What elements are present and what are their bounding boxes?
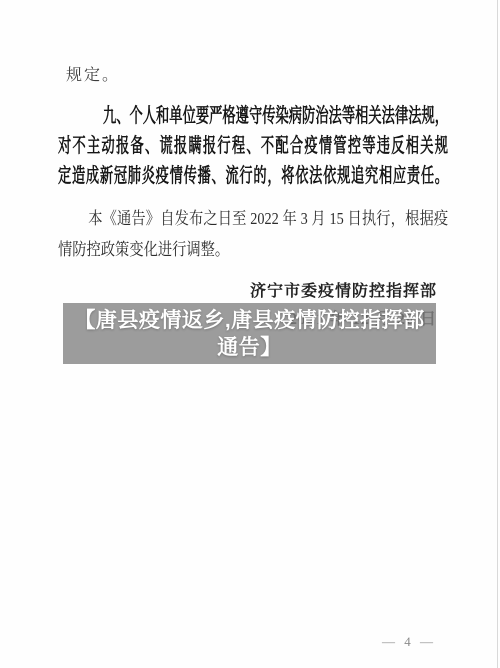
text-line: 本《通告》自发布之日至 2022 年 3 月 15 日执行，根据疫 [58, 203, 448, 234]
document-body: 规定。 九、个人和单位要严格遵守传染病防治法等相关法律法规， 对不主动报备、谎报… [58, 0, 448, 331]
text-line: 对不主动报备、谎报瞒报行程、不配合疫情管控等违反相关规 [58, 131, 448, 161]
text-line: 定造成新冠肺炎疫情传播、流行的，将依法依规追究相应责任。 [58, 161, 448, 191]
caption-text-line: 通告】 [217, 334, 282, 361]
caption-banner: 【唐县疫情返乡,唐县疫情防控指挥部 通告】 [63, 303, 436, 364]
text-line: 九、个人和单位要严格遵守传染病防治法等相关法律法规， [58, 101, 448, 131]
page-edge-line [497, 0, 498, 668]
document-page: 规定。 九、个人和单位要严格遵守传染病防治法等相关法律法规， 对不主动报备、谎报… [0, 0, 500, 668]
text-line: 情防控政策变化进行调整。 [58, 234, 448, 265]
body-paragraph: 本《通告》自发布之日至 2022 年 3 月 15 日执行，根据疫 情防控政策变… [58, 203, 448, 265]
caption-text-line: 【唐县疫情返乡,唐县疫情防控指挥部 [74, 307, 424, 334]
body-paragraph-bold: 九、个人和单位要严格遵守传染病防治法等相关法律法规， 对不主动报备、谎报瞒报行程… [58, 101, 448, 191]
page-number: — 4 — [382, 634, 436, 650]
text-line: 规定。 [66, 66, 448, 86]
body-paragraph: 规定。 [66, 66, 448, 86]
signature-line: 济宁市委疫情防控指挥部 [58, 281, 448, 303]
